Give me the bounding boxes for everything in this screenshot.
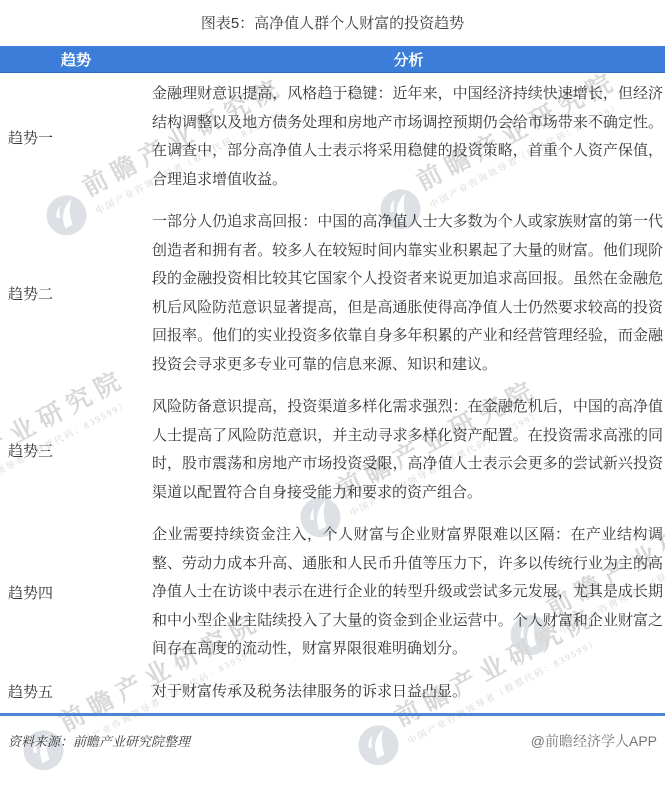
trend-analysis: 企业需要持续资金注入，个人财富与企业财富界限难以区隔：在产业结构调整、劳动力成本…: [152, 514, 665, 671]
trend-analysis: 风险防备意识提高，投资渠道多样化需求强烈：在金融危机后，中国的高净值人士提高了风…: [152, 386, 665, 514]
table-row: 趋势三 风险防备意识提高，投资渠道多样化需求强烈：在金融危机后，中国的高净值人士…: [0, 386, 665, 514]
trend-analysis: 金融理财意识提高，风格趋于稳键：近年来，中国经济持续快速增长，但经济结构调整以及…: [152, 73, 665, 201]
table-header-row: 趋势 分析: [0, 46, 665, 73]
trend-label: 趋势五: [0, 671, 152, 714]
header-cell-analysis: 分析: [152, 49, 665, 70]
header-cell-trend: 趋势: [0, 49, 152, 70]
trend-analysis: 对于财富传承及税务法律服务的诉求日益凸显。: [152, 671, 665, 714]
figure-footer: 资料来源：前瞻产业研究院整理 @前瞻经济学人APP: [0, 716, 665, 751]
table-row: 趋势一 金融理财意识提高，风格趋于稳键：近年来，中国经济持续快速增长，但经济结构…: [0, 73, 665, 201]
figure-title: 图表5：高净值人群个人财富的投资趋势: [0, 0, 665, 46]
source-note: 资料来源：前瞻产业研究院整理: [8, 731, 190, 750]
trends-table: 趋势 分析 趋势一 金融理财意识提高，风格趋于稳键：近年来，中国经济持续快速增长…: [0, 46, 665, 716]
trend-analysis: 一部分人仍追求高回报：中国的高净值人士大多数为个人或家族财富的第一代创造者和拥有…: [152, 201, 665, 386]
table-row: 趋势四 企业需要持续资金注入，个人财富与企业财富界限难以区隔：在产业结构调整、劳…: [0, 514, 665, 671]
app-credit: @前瞻经济学人APP: [531, 731, 657, 751]
figure-page: 前瞻产业研究院中国产业咨询领导者（股票代码：839599） 前瞻产业研究院中国产…: [0, 0, 665, 786]
trend-label: 趋势一: [0, 73, 152, 201]
trend-label: 趋势三: [0, 386, 152, 514]
table-row: 趋势二 一部分人仍追求高回报：中国的高净值人士大多数为个人或家族财富的第一代创造…: [0, 201, 665, 386]
figure-content: 图表5：高净值人群个人财富的投资趋势 趋势 分析 趋势一 金融理财意识提高，风格…: [0, 0, 665, 751]
trend-label: 趋势四: [0, 514, 152, 671]
trend-label: 趋势二: [0, 201, 152, 386]
table-row: 趋势五 对于财富传承及税务法律服务的诉求日益凸显。: [0, 671, 665, 714]
